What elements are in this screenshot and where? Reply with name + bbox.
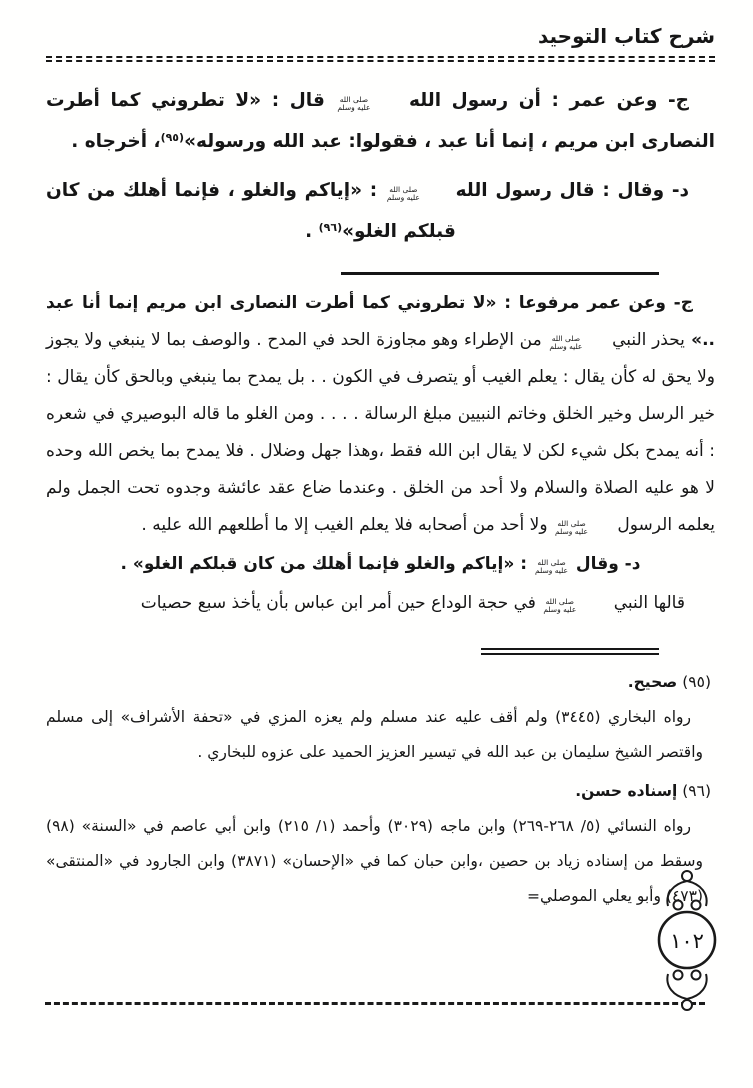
footnote-95-heading: (٩٥) صحيح. xyxy=(46,665,715,700)
hadith-matn-2: د- وقال : قال رسول الله صلى اللهعليه وسل… xyxy=(46,170,715,252)
text-segment: ، أخرجاه . xyxy=(71,131,160,152)
page-number-ornament: ١٠٢ xyxy=(655,868,719,1018)
commentary-paragraph-1: ج- وعن عمر مرفوعا : «لا تطروني كما أطرت … xyxy=(46,285,715,544)
commentary-paragraph-3: قالها النبي صلى اللهعليه وسلم في حجة الو… xyxy=(46,585,715,622)
header-rule xyxy=(46,56,715,62)
ornament-graphic: ١٠٢ xyxy=(655,868,719,1018)
footnote-verdict: صحيح. xyxy=(628,673,678,691)
pbuh-symbol: صلى اللهعليه وسلم xyxy=(337,96,396,113)
hadith-matn-1: ج- وعن عمر : أن رسول الله صلى اللهعليه و… xyxy=(46,80,715,162)
footnote-96-body: رواه النسائي (٥/ ٢٦٨-٢٦٩) وابن ماجه (٣٠٢… xyxy=(46,809,715,914)
pbuh-symbol: صلى اللهعليه وسلم xyxy=(549,335,604,352)
footnote-ref: (٩٦) xyxy=(319,221,343,234)
running-header: شرح كتاب التوحيد xyxy=(46,0,715,48)
pbuh-symbol: صلى اللهعليه وسلم xyxy=(387,186,446,203)
footer-rule xyxy=(45,1002,705,1005)
text-segment: د- وقال : قال رسول الله xyxy=(448,180,689,201)
book-page: شرح كتاب التوحيد ج- وعن عمر : أن رسول ال… xyxy=(0,0,753,1088)
text-segment: . xyxy=(305,221,318,242)
text-segment: ج- وعن عمر : أن رسول الله xyxy=(398,90,689,111)
footnotes-section: (٩٥) صحيح. رواه البخاري (٣٤٤٥) ولم أقف ع… xyxy=(46,665,715,914)
pbuh-symbol: صلى اللهعليه وسلم xyxy=(543,598,606,615)
pbuh-symbol: صلى اللهعليه وسلم xyxy=(555,520,610,537)
footnote-95-body: رواه البخاري (٣٤٤٥) ولم أقف عليه عند مسل… xyxy=(46,700,715,770)
pbuh-symbol: صلى اللهعليه وسلم xyxy=(535,559,568,576)
page-number: ١٠٢ xyxy=(670,929,704,953)
footnote-96-heading: (٩٦) إسناده حسن. xyxy=(46,774,715,809)
book-title: شرح كتاب التوحيد xyxy=(538,24,715,48)
footnote-verdict: إسناده حسن. xyxy=(575,782,677,800)
footnote-number: (٩٦) xyxy=(682,782,711,800)
text-segment: قالها النبي xyxy=(608,593,685,613)
text-segment: : «إياكم والغلو فإنما أهلك من كان قبلكم … xyxy=(121,554,533,574)
text-segment: يحذر النبي xyxy=(606,330,685,350)
text-segment: في حجة الوداع حين أمر ابن عباس بأن يأخذ … xyxy=(141,593,542,613)
footnote-number: (٩٥) xyxy=(682,673,711,691)
section-divider-line xyxy=(341,272,659,275)
text-segment: ولا أحد من أصحابه فلا يعلم الغيب إلا ما … xyxy=(141,515,553,535)
footnote-divider-line xyxy=(481,648,659,655)
commentary-paragraph-2: د- وقال صلى اللهعليه وسلم : «إياكم والغل… xyxy=(46,546,715,583)
text-segment: من الإطراء وهو مجاوزة الحد في المدح . وا… xyxy=(46,330,715,535)
text-segment: د- وقال xyxy=(570,554,640,574)
footnote-ref: (٩٥) xyxy=(161,131,185,144)
